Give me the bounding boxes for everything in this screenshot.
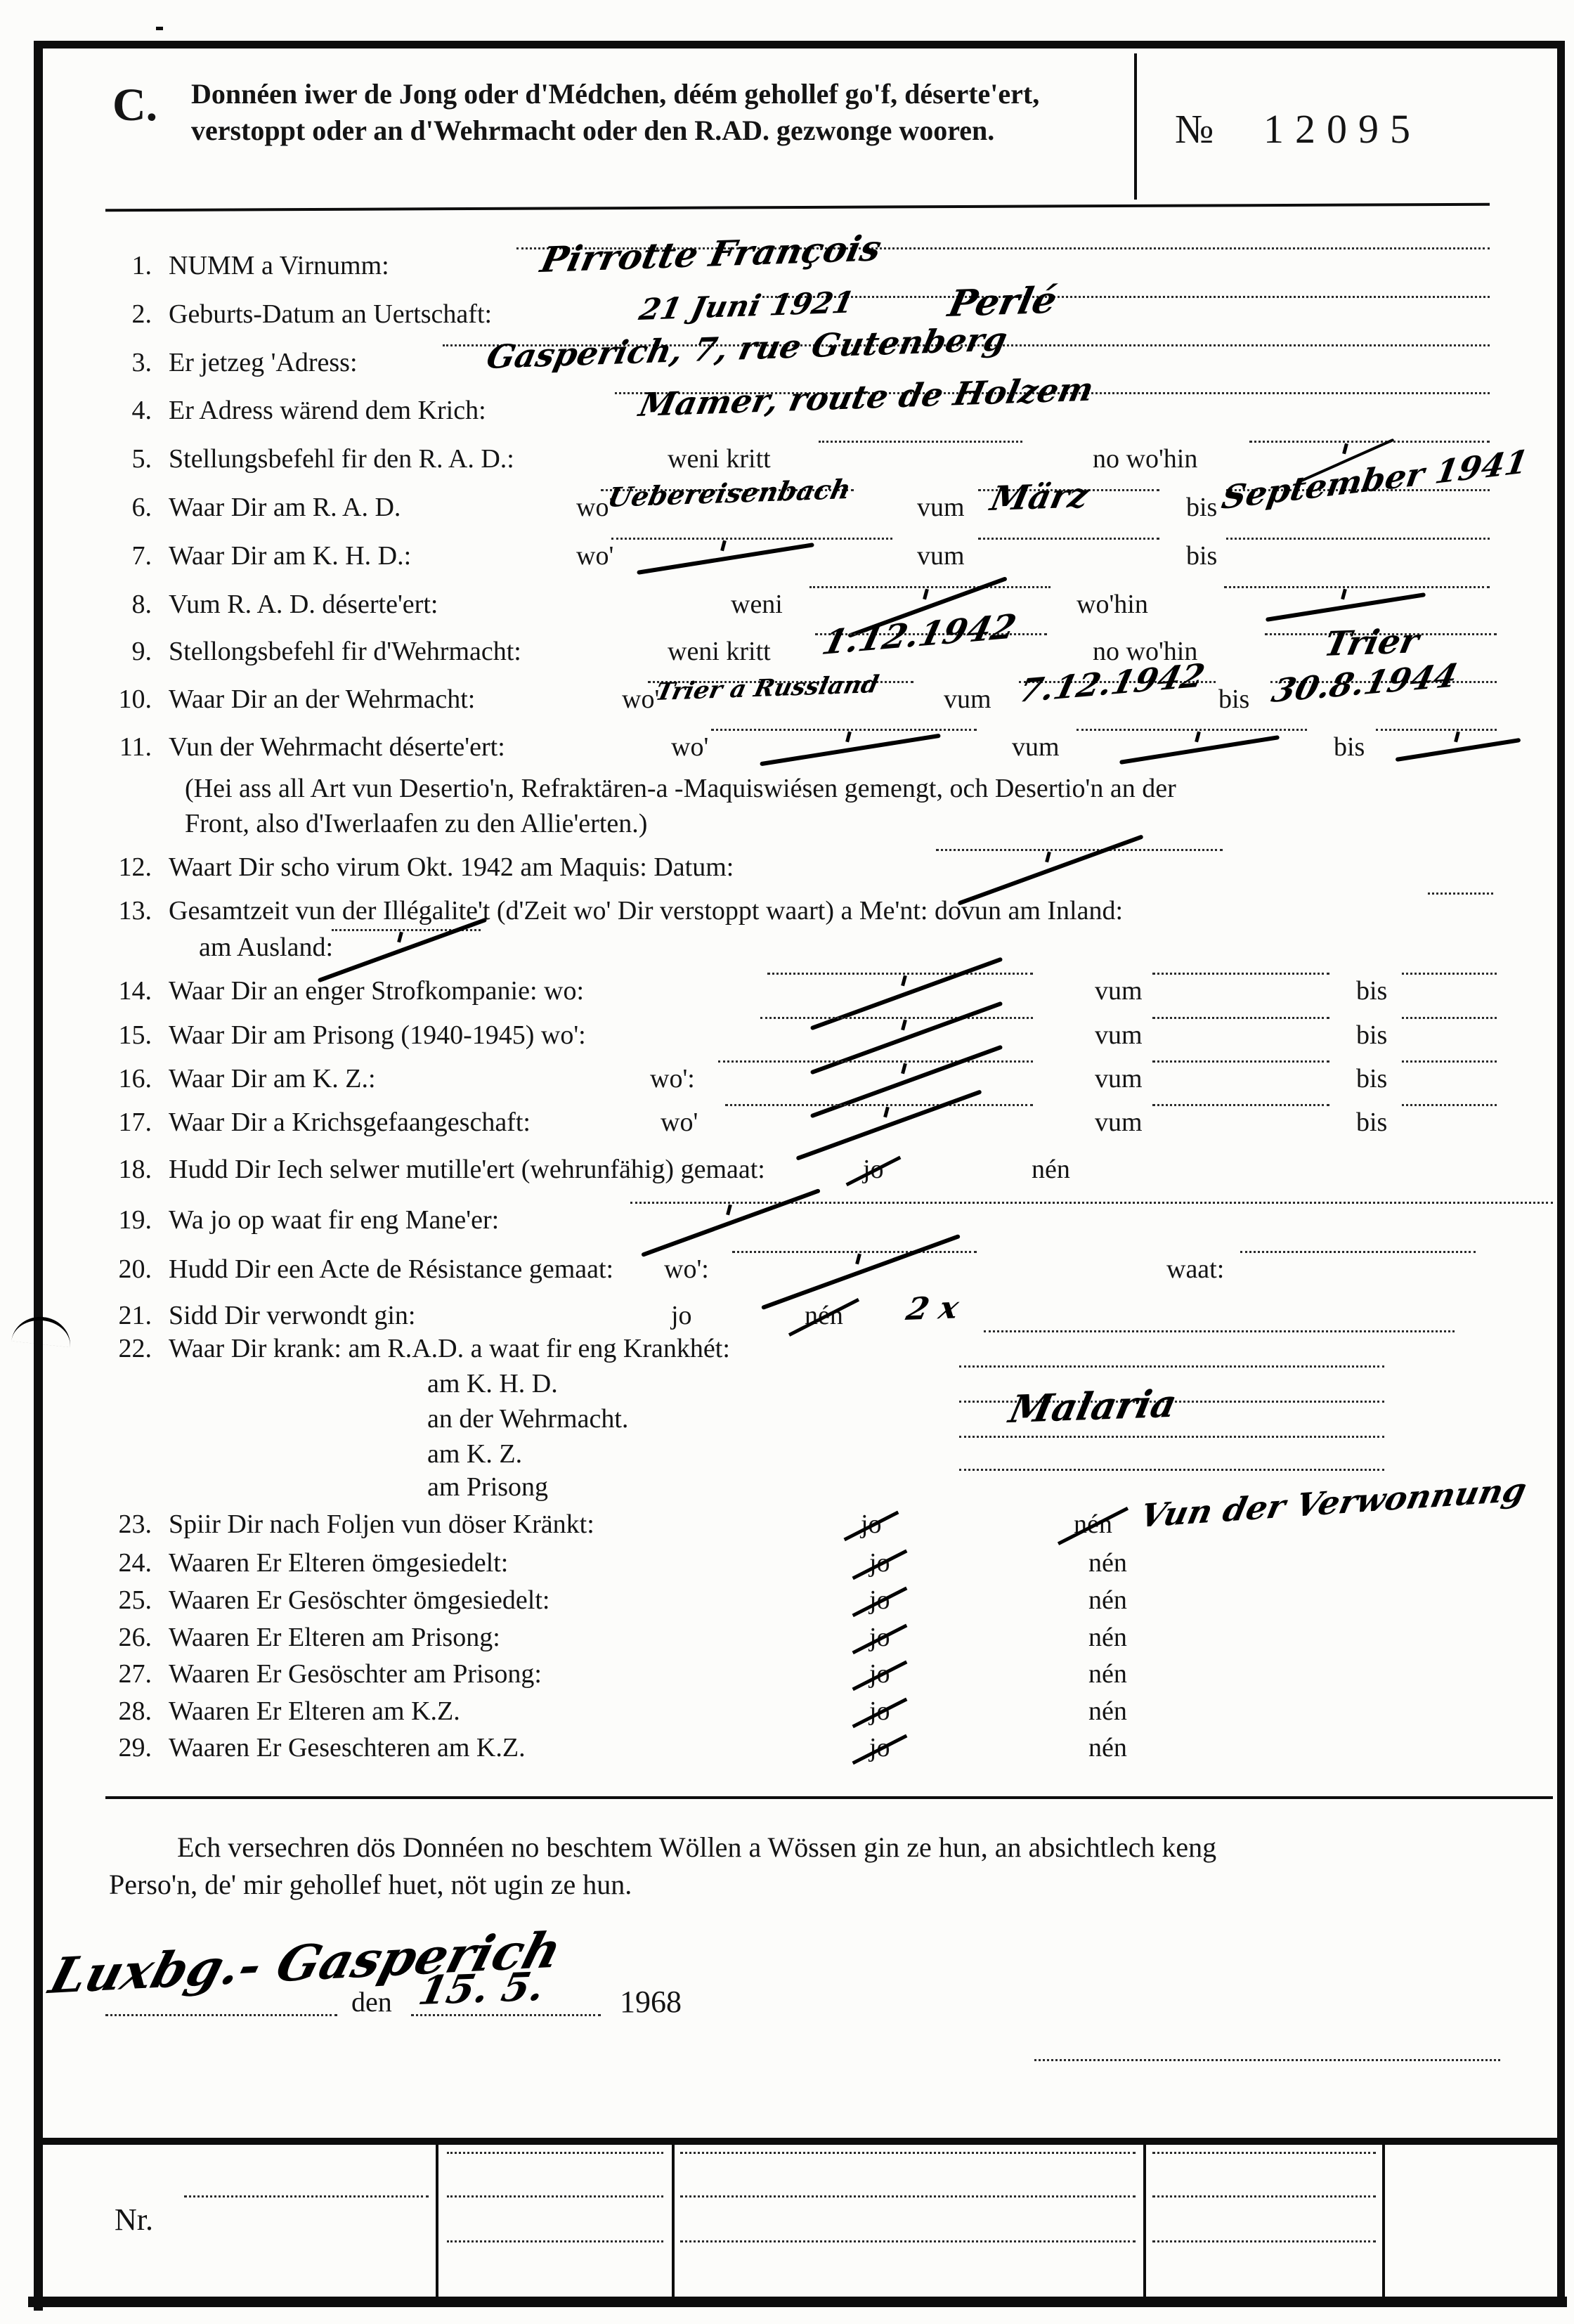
field-label-bis: bis: [1356, 1104, 1387, 1141]
signature-line: [105, 2014, 337, 2016]
option-jo-struck: jo: [869, 1619, 890, 1656]
question-row-4: 4. Er Adress wärend dem Krich: Mamer, ro…: [0, 392, 1574, 431]
option-nen: nén: [1088, 1656, 1127, 1692]
q-number: 14.: [84, 973, 152, 1009]
q-number: 11.: [84, 729, 152, 765]
answer-line: [959, 1365, 1384, 1368]
q-label: Waaren Er Gesöschter am Prisong:: [169, 1656, 542, 1692]
printed-year: 1968: [620, 1983, 682, 2020]
q-number: 27.: [84, 1656, 152, 1692]
q-label: Stellongsbefehl fir d'Wehrmacht:: [169, 633, 521, 670]
question-row-22-wehrmacht: an der Wehrmacht. Malaria: [0, 1401, 1574, 1440]
question-row-19: 19. Wa jo op waat fir eng Mane'er:: [0, 1202, 1574, 1241]
q-number: 9.: [84, 633, 152, 670]
q-label: Waaren Er Elteren am K.Z.: [169, 1693, 460, 1729]
handwritten-order-place: Trier: [1321, 623, 1422, 663]
question-row-29: 29. Waaren Er Geseschteren am K.Z. jo né…: [0, 1729, 1574, 1769]
q-label: Waar Dir an enger Strofkompanie: wo:: [169, 973, 584, 1009]
q-number: 26.: [84, 1619, 152, 1656]
q-number: 28.: [84, 1693, 152, 1729]
handwritten-wound-count: 2 x: [903, 1290, 962, 1328]
table-cell-line: [447, 2195, 663, 2198]
q-label: Waar Dir an der Wehrmacht:: [169, 681, 475, 718]
field-label-vum: vum: [1095, 1060, 1143, 1097]
q-label: Hudd Dir een Acte de Résistance gemaat:: [169, 1251, 613, 1287]
q-label: Stellungsbefehl fir den R. A. D.:: [169, 441, 514, 477]
field-label-weni: weni: [731, 586, 783, 623]
q-number: 17.: [84, 1104, 152, 1141]
q-label: Er jetzeg 'Adress:: [169, 344, 358, 381]
option-jo-struck: jo: [869, 1693, 890, 1729]
q-label: Waar Dir am R. A. D.: [169, 489, 401, 526]
q-number: 7.: [84, 538, 152, 574]
option-nen-struck: nén: [1074, 1506, 1112, 1543]
table-cell-line: [680, 2240, 1136, 2242]
q-label: Gesamtzeit vun der Illégalite't (d'Zeit …: [169, 892, 1123, 929]
question-row-14: 14. Waar Dir an enger Strofkompanie: wo:…: [0, 973, 1574, 1012]
question-row-6: 6. Waar Dir am R. A. D. wo' Uebereisenba…: [0, 489, 1574, 528]
question-row-8: 8. Vum R. A. D. déserte'ert: weni wo'hin: [0, 586, 1574, 625]
question-row-23: 23. Spiir Dir nach Foljen vun döser Krän…: [0, 1506, 1574, 1545]
pen-dash-mark: [313, 929, 492, 966]
table-cell-line: [1152, 2240, 1376, 2242]
field-label-weni-kritt: weni kritt: [668, 633, 771, 670]
field-label-vum: vum: [1012, 729, 1060, 765]
nr-label: Nr.: [115, 2201, 153, 2238]
option-jo: jo: [671, 1297, 692, 1334]
question-row-16: 16. Waar Dir am K. Z.: wo': vum bis: [0, 1060, 1574, 1100]
question-row-28: 28. Waaren Er Elteren am K.Z. jo nén: [0, 1693, 1574, 1732]
q-label: Vun der Wehrmacht déserte'ert:: [169, 729, 505, 765]
answer-line: [1402, 1017, 1497, 1019]
field-label-wo: wo': [661, 1104, 698, 1141]
pen-dash-mark: [759, 729, 942, 765]
declaration-line-2: Perso'n, de' mir gehollef huet, nöt ugin…: [109, 1866, 1444, 1903]
q-number: 13.: [84, 892, 152, 929]
field-label-wohin: wo'hin: [1077, 586, 1148, 623]
blank-line: [1034, 2059, 1500, 2061]
q-number: 20.: [84, 1251, 152, 1287]
option-jo-struck: jo: [863, 1151, 884, 1188]
q-number: 5.: [84, 441, 152, 477]
pen-dash-mark: [755, 1251, 966, 1287]
handwritten-date: 15. 5.: [415, 1963, 549, 2014]
page-border-top: [34, 41, 1560, 48]
page-border-bottom: [28, 2297, 1567, 2307]
nr-line: [184, 2195, 429, 2198]
option-nen: nén: [1032, 1151, 1070, 1188]
q-sublabel-khd: am K. H. D.: [427, 1365, 558, 1402]
field-label-bis: bis: [1356, 1060, 1387, 1097]
q-label: Er Adress wärend dem Krich:: [169, 392, 486, 429]
q-number: 12.: [84, 849, 152, 885]
field-label-no-wohin: no wo'hin: [1093, 441, 1197, 477]
field-label-bis: bis: [1334, 729, 1365, 765]
table-col-line-3: [1143, 2145, 1146, 2298]
field-label-bis: bis: [1356, 973, 1387, 1009]
number-label: №: [1175, 105, 1214, 152]
q-number: 29.: [84, 1729, 152, 1766]
q-label: Geburts-Datum an Uertschaft:: [169, 296, 492, 332]
answer-line: [1152, 973, 1329, 975]
declaration-line-1: Ech versechren dös Donnéen no beschtem W…: [177, 1829, 1512, 1866]
scanned-form-page: C. Donnéen iwer de Jong oder d'Médchen, …: [0, 0, 1574, 2324]
form-title: Donnéen iwer de Jong oder d'Médchen, déé…: [191, 76, 1126, 149]
table-col-line-1: [436, 2145, 438, 2298]
q-label: Waaren Er Geseschteren am K.Z.: [169, 1729, 526, 1766]
pen-dash-mark: [805, 973, 1008, 1009]
answer-line: [1152, 1104, 1329, 1106]
question-row-1: 1. NUMM a Virnumm: Pirrotte François: [0, 247, 1574, 287]
answer-line: [1152, 1017, 1329, 1019]
option-nen: nén: [1088, 1729, 1127, 1766]
question-row-12: 12. Waart Dir scho virum Okt. 1942 am Ma…: [0, 849, 1574, 888]
field-label-vum: vum: [917, 489, 965, 526]
pen-dash-mark: [791, 1104, 987, 1141]
pen-dash-mark: [636, 538, 815, 574]
q-label: Waaren Er Elteren ömgesiedelt:: [169, 1545, 508, 1581]
answer-line: [819, 441, 1022, 443]
q-number: 3.: [84, 344, 152, 381]
question-row-15: 15. Waar Dir am Prisong (1940-1945) wo':…: [0, 1017, 1574, 1056]
table-cell-line: [447, 2240, 663, 2242]
den-label: den: [351, 1983, 392, 2020]
pen-dash-mark: [805, 1017, 1008, 1053]
answer-line: [1152, 1060, 1329, 1063]
q-label: Waar Dir am Prisong (1940-1945) wo':: [169, 1017, 586, 1053]
note-line-1: (Hei ass all Art vun Desertio'n, Refrakt…: [0, 770, 1574, 810]
q-number: 8.: [84, 586, 152, 623]
table-cell-line: [680, 2195, 1136, 2198]
section-letter: C.: [112, 79, 157, 132]
answer-line: [959, 1469, 1384, 1471]
option-nen: nén: [1088, 1582, 1127, 1618]
question-row-27: 27. Waaren Er Gesöschter am Prisong: jo …: [0, 1656, 1574, 1695]
pen-dash-mark: [1265, 586, 1426, 623]
q-label: Vum R. A. D. déserte'ert:: [169, 586, 438, 623]
field-label-vum: vum: [917, 538, 965, 574]
q-label: Waar Dir am K. Z.:: [169, 1060, 376, 1097]
field-label-bis: bis: [1186, 538, 1217, 574]
q-label: Waaren Er Gesöschter ömgesiedelt:: [169, 1582, 549, 1618]
field-label-vum: vum: [1095, 1104, 1143, 1141]
handwritten-rad-from: März: [987, 477, 1092, 517]
q-sublabel-wehrmacht: an der Wehrmacht.: [427, 1401, 628, 1437]
table-top-rule: [41, 2138, 1559, 2145]
table-cell-line: [680, 2152, 1136, 2154]
field-label-bis: bis: [1218, 681, 1249, 718]
q-label: NUMM a Virnumm:: [169, 247, 389, 284]
field-label-wo: wo': [671, 729, 708, 765]
q-label: Waar Dir krank: am R.A.D. a waat fir eng…: [169, 1330, 730, 1367]
q-label: Wa jo op waat fir eng Mane'er:: [169, 1202, 499, 1238]
option-jo-struck: jo: [869, 1545, 890, 1581]
q-number: 4.: [84, 392, 152, 429]
handwritten-birthplace: Perlé: [945, 283, 1060, 323]
question-row-22-khd: am K. H. D.: [0, 1365, 1574, 1405]
question-row-7: 7. Waar Dir am K. H. D.: wo' vum bis: [0, 538, 1574, 577]
question-row-20: 20. Hudd Dir een Acte de Résistance gema…: [0, 1251, 1574, 1290]
answer-line: [1402, 973, 1497, 975]
question-row-25: 25. Waaren Er Gesöschter ömgesiedelt: jo…: [0, 1582, 1574, 1621]
field-label-wo: wo': [576, 538, 613, 574]
q-label: Hudd Dir Iech selwer mutille'ert (wehrun…: [169, 1151, 765, 1188]
form-number: 12095: [1263, 105, 1422, 152]
pen-dash-mark: [1119, 729, 1280, 765]
field-label-vum: vum: [1095, 973, 1143, 1009]
table-cell-line: [1152, 2152, 1376, 2154]
field-label-bis: bis: [1186, 489, 1217, 526]
answer-line: [762, 296, 1490, 298]
option-jo-struck: jo: [869, 1729, 890, 1766]
field-label-vum: vum: [944, 681, 991, 718]
option-nen: nén: [1088, 1693, 1127, 1729]
field-label-waat: waat:: [1166, 1251, 1224, 1287]
option-jo-struck: jo: [869, 1582, 890, 1618]
q-label: Sidd Dir verwondt gin:: [169, 1297, 415, 1334]
note-text: Front, also d'Iwerlaafen zu den Allie'er…: [185, 805, 647, 842]
q-number: 6.: [84, 489, 152, 526]
q-label: Waaren Er Elteren am Prisong:: [169, 1619, 500, 1656]
table-cell-line: [1152, 2195, 1376, 2198]
question-row-11: 11. Vun der Wehrmacht déserte'ert: wo' v…: [0, 729, 1574, 768]
handwritten-name: Pirrotte François: [538, 230, 885, 278]
question-row-3: 3. Er jetzeg 'Adress: Gasperich, 7, rue …: [0, 344, 1574, 384]
pen-dash-mark: [1395, 729, 1521, 765]
question-row-18: 18. Hudd Dir Iech selwer mutille'ert (we…: [0, 1151, 1574, 1190]
handwritten-birthdate: 21 Juni 1921: [636, 285, 857, 328]
field-label-bis: bis: [1356, 1017, 1387, 1053]
q-label: Spiir Dir nach Foljen vun döser Kränkt:: [169, 1506, 594, 1543]
q-number: 19.: [84, 1202, 152, 1238]
option-nen: nén: [1088, 1619, 1127, 1656]
answer-line: [978, 538, 1159, 540]
table-col-line-2: [672, 2145, 675, 2298]
scan-speck: [156, 27, 163, 30]
note-line-2: Front, also d'Iwerlaafen zu den Allie'er…: [0, 805, 1574, 845]
option-nen: nén: [1088, 1545, 1127, 1581]
option-nen-struck: nén: [805, 1297, 843, 1334]
option-jo-struck: jo: [861, 1506, 882, 1543]
answer-line: [1226, 538, 1490, 540]
answer-line: [959, 1436, 1384, 1438]
q-label: Waar Dir a Krichsgefaangeschaft:: [169, 1104, 531, 1141]
answer-line: [1402, 1104, 1497, 1106]
q-number: 24.: [84, 1545, 152, 1581]
handwritten-wehrmacht-place: Trier a Russland: [652, 666, 882, 710]
question-row-22: 22. Waar Dir krank: am R.A.D. a waat fir…: [0, 1330, 1574, 1370]
question-row-13b: am Ausland:: [0, 929, 1574, 968]
header-divider: [1134, 53, 1137, 200]
q-number: 1.: [84, 247, 152, 284]
q-sublabel-kz: am K. Z.: [427, 1436, 522, 1472]
q-number: 23.: [84, 1506, 152, 1543]
q-number: 2.: [84, 296, 152, 332]
question-row-13: 13. Gesamtzeit vun der Illégalite't (d'Z…: [0, 892, 1574, 932]
field-label-vum: vum: [1095, 1017, 1143, 1053]
date-line: [411, 2014, 601, 2016]
q-number: 18.: [84, 1151, 152, 1188]
q-label: Waart Dir scho virum Okt. 1942 am Maquis…: [169, 849, 734, 885]
question-row-24: 24. Waaren Er Elteren ömgesiedelt: jo né…: [0, 1545, 1574, 1584]
q-number: 10.: [84, 681, 152, 718]
answer-line: [1428, 892, 1493, 895]
question-row-17: 17. Waar Dir a Krichsgefaangeschaft: wo'…: [0, 1104, 1574, 1143]
question-row-26: 26. Waaren Er Elteren am Prisong: jo nén: [0, 1619, 1574, 1658]
handwritten-illness: Malaria: [1006, 1385, 1180, 1427]
pen-dash-mark: [636, 1202, 826, 1238]
q-number: 16.: [84, 1060, 152, 1097]
answer-line: [1240, 1251, 1476, 1253]
field-label-wo: wo':: [650, 1060, 695, 1097]
option-jo-struck: jo: [869, 1656, 890, 1692]
answer-line: [984, 1330, 1455, 1332]
table-cell-line: [447, 2152, 663, 2154]
pen-dash-mark: [952, 849, 1149, 885]
answer-line: [1402, 1060, 1497, 1063]
note-text: (Hei ass all Art vun Desertio'n, Refrakt…: [185, 770, 1176, 807]
table-col-line-4: [1382, 2145, 1385, 2298]
header-rule: [105, 203, 1490, 212]
handwritten-rad-place: Uebereisenbach: [604, 471, 854, 516]
field-label-wo: wo':: [664, 1251, 709, 1287]
q-number: 15.: [84, 1017, 152, 1053]
q-sublabel-prisong: am Prisong: [427, 1469, 548, 1505]
q-label: Waar Dir am K. H. D.:: [169, 538, 411, 574]
section-rule: [105, 1796, 1553, 1799]
q-number: 22.: [84, 1330, 152, 1367]
question-row-10: 10. Waar Dir an der Wehrmacht: wo' Trier…: [0, 681, 1574, 720]
q-number: 25.: [84, 1582, 152, 1618]
q-number: 21.: [84, 1297, 152, 1334]
field-label-weni-kritt: weni kritt: [668, 441, 771, 477]
